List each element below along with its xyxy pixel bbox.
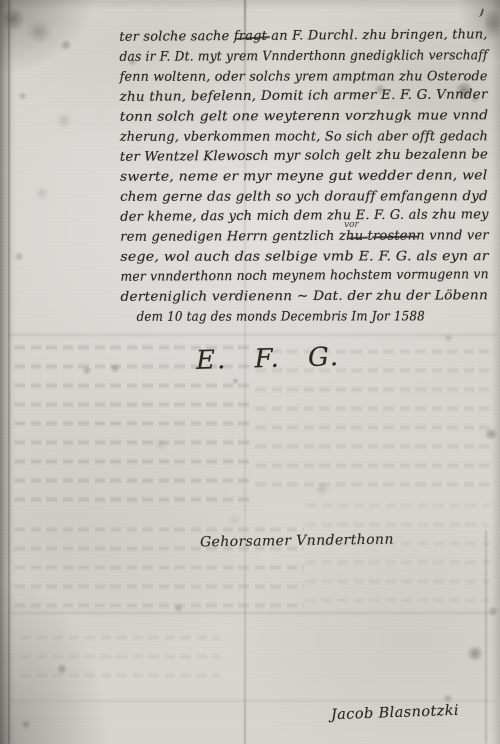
stain (156, 440, 166, 449)
stain (110, 364, 120, 373)
stain (82, 366, 92, 375)
body-text: ter solche sache fragt an F. Durchl. zhu… (119, 26, 492, 328)
manuscript-line: rem genedigen Herrn gentzlich zhu troste… (120, 226, 489, 248)
stain (466, 646, 484, 661)
stain (443, 694, 453, 703)
ghost-bleedthrough (14, 516, 304, 612)
stain (14, 252, 24, 261)
manuscript-page: ter solche sache fragt an F. Durchl. zhu… (0, 0, 500, 744)
superscript-correction: vor (344, 220, 359, 230)
ink-spot (232, 378, 239, 384)
stain (55, 115, 73, 127)
fold-crease-horizontal (8, 612, 496, 614)
manuscript-line: swerte, neme er myr meyne gut wedder den… (120, 166, 488, 188)
stain (18, 92, 27, 100)
corner-shadow (0, 574, 110, 744)
signature: Jacob Blasnotzki (331, 703, 459, 723)
manuscript-line: das ir F. Dt. myt yrem Vnnderthonn gnedi… (119, 46, 487, 68)
stain (316, 484, 328, 494)
stain (174, 604, 183, 612)
manuscript-line: mer vnnderthonn noch meynem hochstem vor… (120, 265, 488, 288)
manuscript-line: zhu thun, befelenn, Domit ich armer E. F… (120, 85, 488, 108)
ghost-bleedthrough (20, 624, 220, 684)
left-edge-shadow (0, 0, 16, 744)
manuscript-line: ter solche sache fragt an F. Durchl. zhu… (119, 25, 487, 48)
fold-crease-horizontal (8, 700, 496, 702)
manuscript-line: dem 10 tag des monds Decembris Im Jor 15… (137, 307, 425, 327)
stain (230, 516, 239, 524)
manuscript-line: der kheme, das ych mich dem zhu E. F. G.… (120, 205, 489, 228)
initials-efg: E. F. G. (196, 342, 341, 376)
stain (26, 22, 52, 42)
stain (444, 334, 453, 342)
top-edge-shadow (0, 0, 500, 10)
right-edge-shadow (491, 0, 500, 744)
stain (21, 720, 31, 729)
corner-shadow (0, 0, 95, 75)
stain (2, 6, 24, 32)
stain (487, 606, 499, 616)
fold-crease-vertical (485, 530, 487, 744)
manuscript-line: derteniglich verdienenn ~ Dat. der zhu d… (120, 286, 488, 308)
stain (56, 664, 68, 674)
stain (36, 188, 48, 198)
manuscript-line: ter Wentzel Klewosch myr solch gelt zhu … (120, 145, 488, 168)
fold-crease-horizontal (8, 334, 496, 336)
stain (60, 40, 72, 50)
stain (484, 428, 498, 440)
pen-mark (476, 7, 484, 17)
manuscript-line: tonn solch gelt one weyterenn vorzhugk m… (120, 106, 489, 128)
closing-line: Gehorsamer Vnnderthonn (200, 532, 394, 551)
